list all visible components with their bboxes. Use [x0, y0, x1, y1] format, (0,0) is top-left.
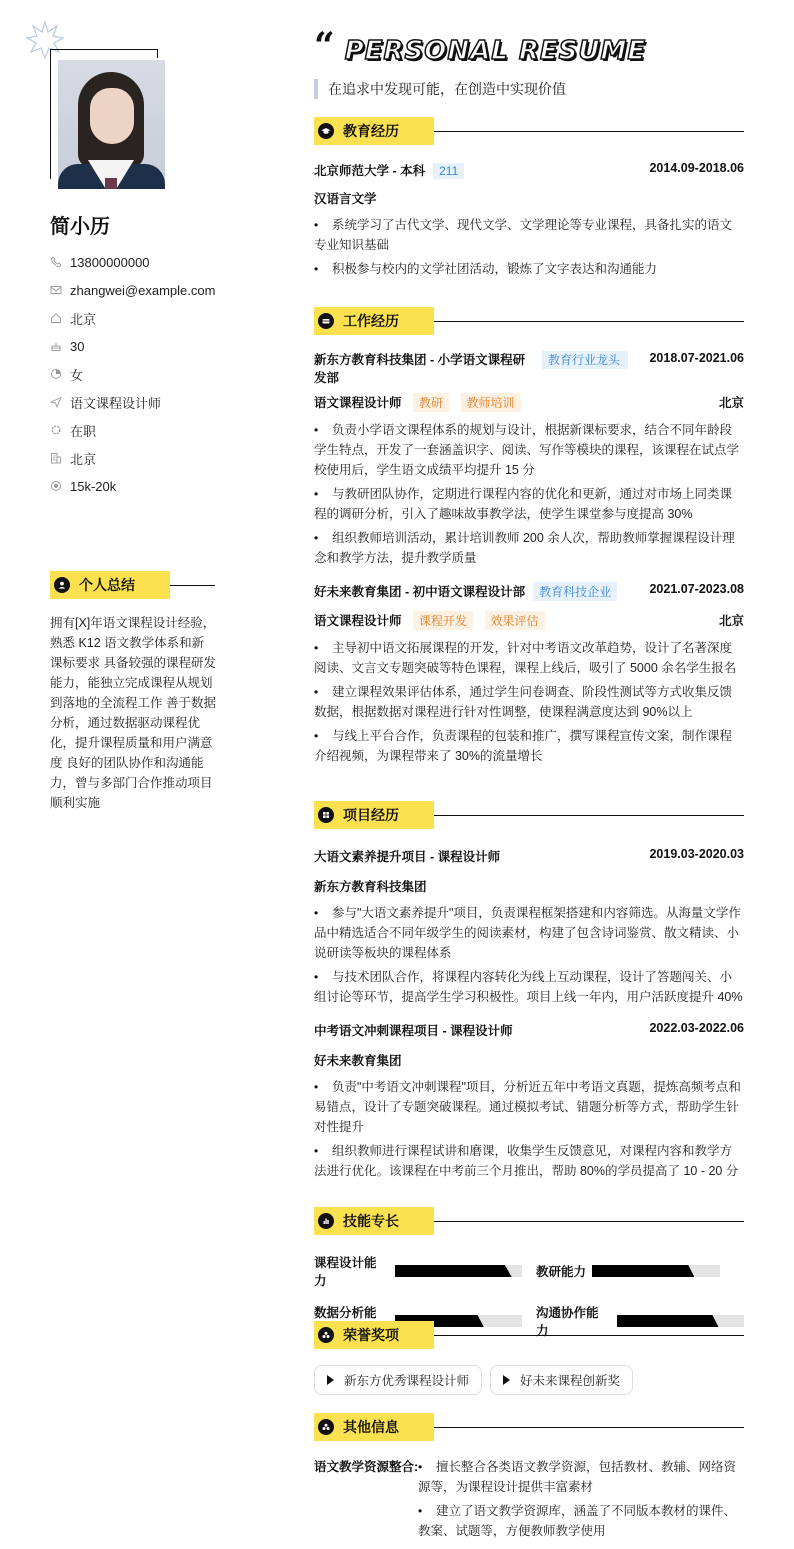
info-status: 在职 — [50, 416, 215, 444]
role-title: 语文课程设计师 — [314, 614, 402, 628]
work-date: 2021.07-2023.08 — [649, 582, 744, 596]
skill-name: 教研能力 — [536, 1262, 586, 1280]
status-value: 在职 — [70, 421, 96, 440]
briefcase-icon — [318, 313, 334, 329]
info-age: 30 — [50, 332, 215, 360]
projects-section: 项目经历 大语文素养提升项目 - 课程设计师 2019.03-2020.03 新… — [314, 801, 744, 1185]
info-phone: 13800000000 — [50, 248, 215, 276]
education-item: 北京师范大学 - 本科211 2014.09-2018.06 汉语言文学 系统学… — [314, 161, 744, 279]
company-name: 新东方教育科技集团 - 小学语文课程研发部 — [314, 351, 536, 387]
bar-chart-icon — [318, 1213, 334, 1229]
work-bullet: 与线上平台合作，负责课程的包装和推广，撰写课程宣传文案，制作课程介绍视频，为课程… — [314, 726, 744, 766]
work-title: 工作经历 — [343, 311, 399, 331]
project-bullet: 参与"大语文素养提升"项目，负责课程框架搭建和内容筛选。从海量文学作品中精选适合… — [314, 903, 744, 963]
resume-title: “ PERSONAL RESUME — [314, 28, 646, 72]
section-divider — [434, 1335, 744, 1336]
project-name: 大语文素养提升项目 - 课程设计师 — [314, 847, 500, 865]
work-bullet: 与教研团队协作，定期进行课程内容的优化和更新，通过对市场上同类课程的调研分析，引… — [314, 484, 744, 524]
other-bullet: 建立了语文教学资源库，涵盖了不同版本教材的课件、教案、试题等，方便教师教学使用 — [418, 1501, 744, 1541]
play-icon — [503, 1375, 510, 1385]
status-icon — [50, 424, 62, 436]
education-bullet: 积极参与校内的文学社团活动，锻炼了文字表达和沟通能力 — [314, 259, 744, 279]
project-name: 中考语文冲刺课程项目 - 课程设计师 — [314, 1021, 513, 1039]
phone-value: 13800000000 — [70, 255, 150, 270]
grid-icon — [318, 807, 334, 823]
skill-bar-fill — [592, 1265, 694, 1277]
other-title: 其他信息 — [343, 1417, 399, 1437]
info-icon — [318, 1419, 334, 1435]
role-tag: 效果评估 — [485, 611, 545, 630]
project-bullet: 与技术团队合作，将课程内容转化为线上互动课程，设计了答题闯关、小组讨论等环节，提… — [314, 967, 744, 1007]
quote-mark-icon: “ — [314, 28, 335, 64]
home-icon — [50, 312, 62, 324]
work-bullet: 建立课程效果评估体系，通过学生问卷调查、阶段性测试等方式收集反馈数据，根据数据对… — [314, 682, 744, 722]
cake-icon — [50, 340, 62, 352]
position-value: 语文课程设计师 — [70, 393, 161, 412]
work-bullet: 主导初中语文拓展课程的开发，针对中考语文改革趋势，设计了名著深度阅读、文言文专题… — [314, 638, 744, 678]
award-chip: 新东方优秀课程设计师 — [314, 1365, 482, 1395]
education-bullet: 系统学习了古代文学、现代文学、文学理论等专业课程，具备扎实的语文专业知识基础 — [314, 215, 744, 255]
role-tag: 课程开发 — [413, 611, 473, 630]
project-item: 中考语文冲刺课程项目 - 课程设计师 2022.03-2022.06 好未来教育… — [314, 1021, 744, 1181]
work-section-header: 工作经历 — [314, 307, 744, 335]
avatar — [58, 60, 165, 189]
section-divider — [434, 815, 744, 816]
summary-text: 拥有[X]年语文课程设计经验，熟悉 K12 语文教学体系和新课标要求 具备较强的… — [50, 613, 216, 813]
project-item: 大语文素养提升项目 - 课程设计师 2019.03-2020.03 新东方教育科… — [314, 847, 744, 1007]
section-divider — [434, 321, 744, 322]
other-section-header: 其他信息 — [314, 1413, 744, 1441]
role-title: 语文课程设计师 — [314, 396, 402, 410]
age-value: 30 — [70, 339, 84, 354]
awards-list: 新东方优秀课程设计师 好未来课程创新奖 — [314, 1365, 744, 1395]
project-org: 新东方教育科技集团 — [314, 877, 744, 895]
skill-bar-fill — [395, 1265, 512, 1277]
skill-bar — [592, 1265, 720, 1277]
education-section-header: 教育经历 — [314, 117, 744, 145]
skills-section-header: 技能专长 — [314, 1207, 744, 1235]
school-tag: 211 — [433, 163, 464, 179]
mail-icon — [50, 284, 62, 296]
info-email: zhangwei@example.com — [50, 276, 215, 304]
projects-section-header: 项目经历 — [314, 801, 744, 829]
salary-value: 15k-20k — [70, 479, 116, 494]
project-bullet: 组织教师进行课程试讲和磨课，收集学生反馈意见，对课程内容和教学方法进行优化。该课… — [314, 1141, 744, 1181]
project-date: 2019.03-2020.03 — [649, 847, 744, 861]
project-bullet: 负责"中考语文冲刺课程"项目，分析近五年中考语文真题，提炼高频考点和易错点，设计… — [314, 1077, 744, 1137]
awards-section-header: 荣誉奖项 — [314, 1321, 744, 1349]
award-name: 好未来课程创新奖 — [520, 1371, 620, 1389]
send-icon — [50, 396, 62, 408]
salary-icon — [50, 480, 62, 492]
work-date: 2018.07-2021.06 — [649, 351, 744, 365]
other-label: 语文教学资源整合: — [314, 1457, 418, 1545]
summary-title: 个人总结 — [79, 575, 135, 595]
other-section: 其他信息 语文教学资源整合: 擅长整合各类语文教学资源，包括教材、教辅、网络资源… — [314, 1413, 744, 1545]
info-gender: 女 — [50, 360, 215, 388]
education-section: 教育经历 北京师范大学 - 本科211 2014.09-2018.06 汉语言文… — [314, 117, 744, 283]
project-org: 好未来教育集团 — [314, 1051, 744, 1069]
summary-section-header: 个人总结 — [50, 571, 215, 599]
projects-title: 项目经历 — [343, 805, 399, 825]
skills-title: 技能专长 — [343, 1211, 399, 1231]
awards-section: 荣誉奖项 新东方优秀课程设计师 好未来课程创新奖 — [314, 1321, 744, 1395]
education-title: 教育经历 — [343, 121, 399, 141]
education-date: 2014.09-2018.06 — [649, 161, 744, 175]
play-icon — [327, 1375, 334, 1385]
skill-item: 课程设计能力 — [314, 1253, 522, 1289]
work-item: 新东方教育科技集团 - 小学语文课程研发部 教育行业龙头 2018.07-202… — [314, 351, 744, 568]
info-salary: 15k-20k — [50, 472, 215, 500]
skill-name: 课程设计能力 — [314, 1253, 389, 1289]
building-icon — [50, 452, 62, 464]
work-city-value: 北京 — [70, 449, 96, 468]
candidate-name: 简小历 — [50, 210, 110, 239]
gender-value: 女 — [70, 365, 83, 384]
section-divider — [434, 131, 744, 132]
gender-icon — [50, 368, 62, 380]
role-tag: 教师培训 — [461, 393, 521, 412]
skill-item: 教研能力 — [536, 1253, 744, 1289]
work-location: 北京 — [719, 611, 744, 629]
contact-info-list: 13800000000 zhangwei@example.com 北京 30 女… — [50, 248, 215, 500]
city-value: 北京 — [70, 309, 96, 328]
resume-title-text: PERSONAL RESUME — [345, 36, 646, 66]
info-position: 语文课程设计师 — [50, 388, 215, 416]
other-item: 语文教学资源整合: 擅长整合各类语文教学资源，包括教材、教辅、网络资源等，为课程… — [314, 1451, 744, 1545]
work-bullet: 负责小学语文课程体系的规划与设计，根据新课标要求，结合不同年龄段学生特点，开发了… — [314, 420, 744, 480]
project-date: 2022.03-2022.06 — [649, 1021, 744, 1035]
work-item: 好未来教育集团 - 初中语文课程设计部教育科技企业 2021.07-2023.0… — [314, 582, 744, 766]
awards-title: 荣誉奖项 — [343, 1325, 399, 1345]
award-icon — [318, 1327, 334, 1343]
work-location: 北京 — [719, 393, 744, 411]
section-divider — [170, 585, 215, 586]
company-name: 好未来教育集团 - 初中语文课程设计部 — [314, 585, 525, 599]
section-divider — [434, 1427, 744, 1428]
school-name: 北京师范大学 - 本科 — [314, 164, 425, 178]
info-city: 北京 — [50, 304, 215, 332]
skill-bar — [395, 1265, 522, 1277]
slogan: 在追求中发现可能，在创造中实现价值 — [314, 79, 566, 99]
user-icon — [54, 577, 70, 593]
phone-icon — [50, 256, 62, 268]
section-divider — [434, 1221, 744, 1222]
award-chip: 好未来课程创新奖 — [490, 1365, 633, 1395]
company-tag: 教育科技企业 — [533, 582, 617, 601]
role-tag: 教研 — [413, 393, 449, 412]
skills-section: 技能专长 课程设计能力 教研能力 数据分析能力 沟通协作能力 — [314, 1207, 744, 1339]
company-tag: 教育行业龙头 — [542, 351, 628, 369]
award-name: 新东方优秀课程设计师 — [344, 1371, 469, 1389]
work-bullet: 组织教师培训活动，累计培训教师 200 余人次，帮助教师掌握课程设计理念和教学方… — [314, 528, 744, 568]
other-bullet: 擅长整合各类语文教学资源，包括教材、教辅、网络资源等，为课程设计提供丰富素材 — [418, 1457, 744, 1497]
info-work-city: 北京 — [50, 444, 215, 472]
email-value: zhangwei@example.com — [70, 283, 215, 298]
major: 汉语言文学 — [314, 189, 744, 207]
graduation-cap-icon — [318, 123, 334, 139]
work-section: 工作经历 新东方教育科技集团 - 小学语文课程研发部 教育行业龙头 2018.0… — [314, 307, 744, 770]
